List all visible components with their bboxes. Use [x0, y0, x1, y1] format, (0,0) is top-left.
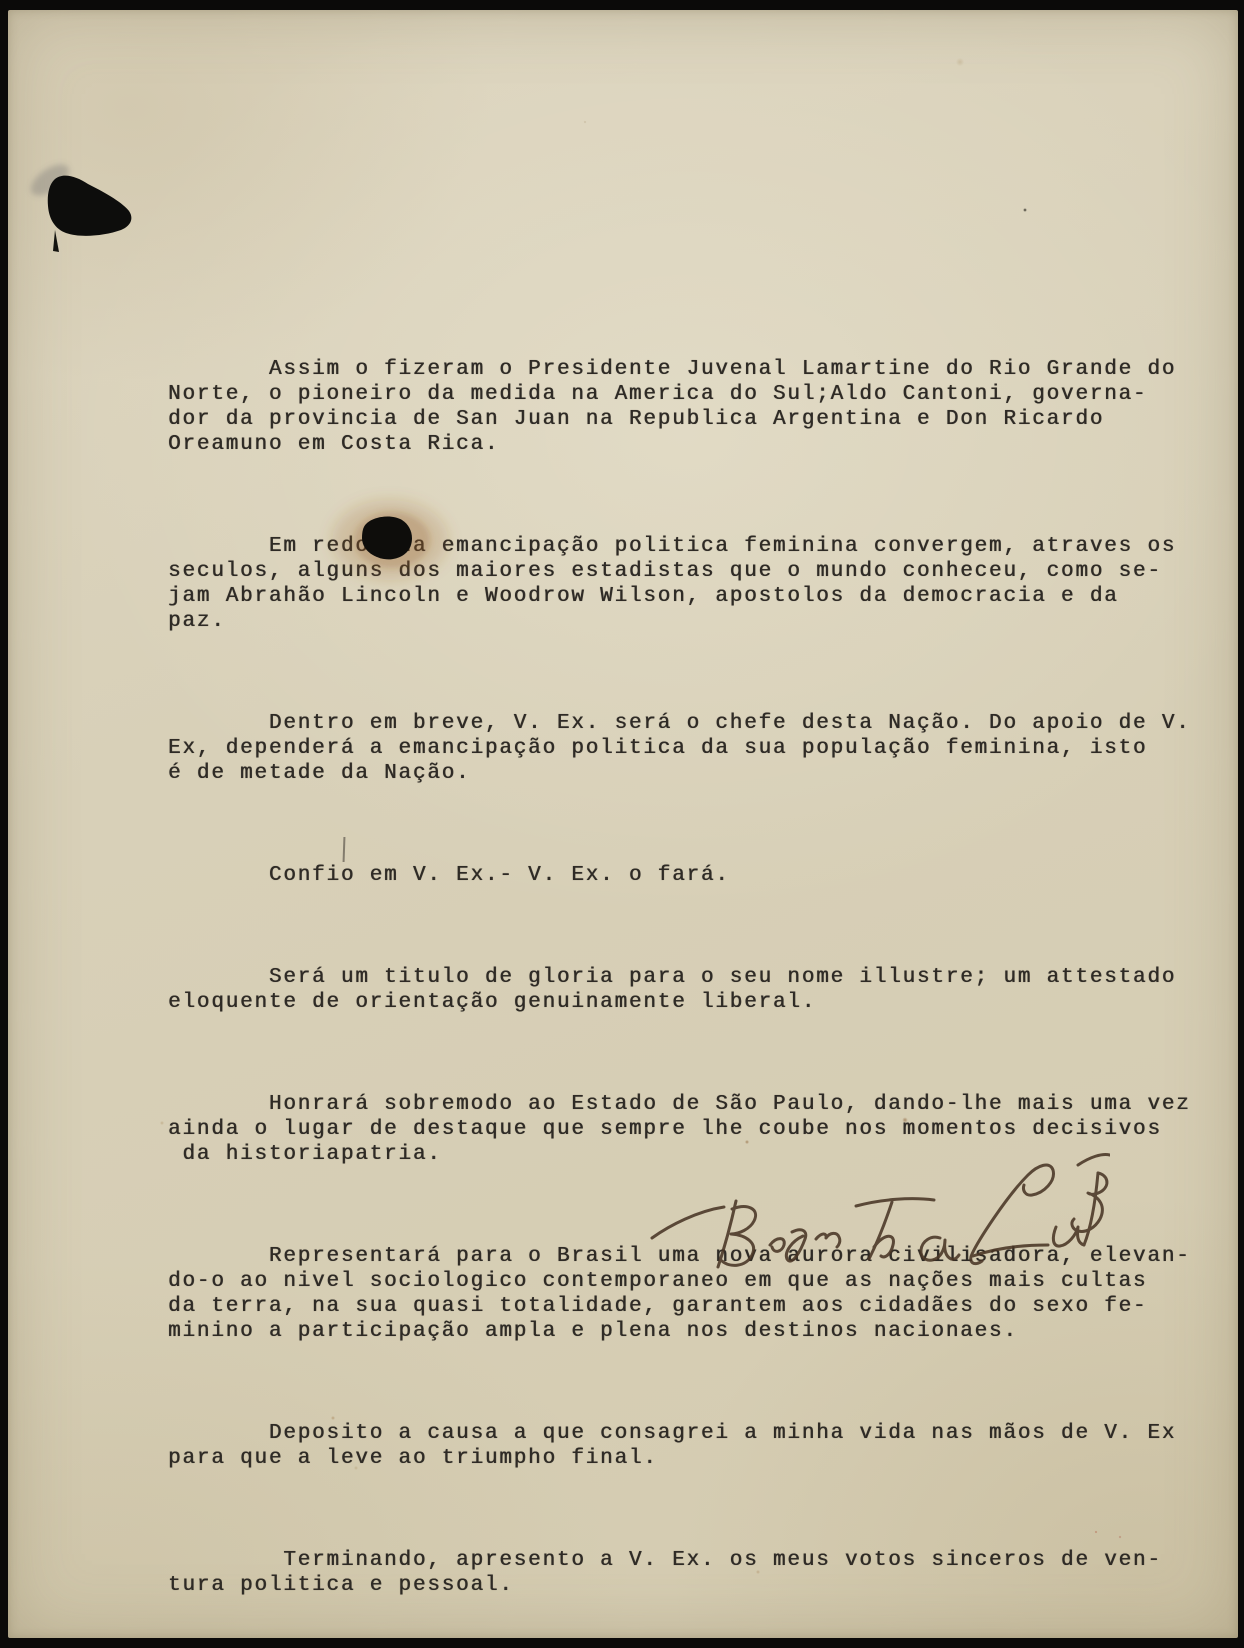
paragraph: Assim o fizeram o Presidente Juvenal Lam… [168, 357, 1228, 457]
paragraph: Terminando, apresento a V. Ex. os meus v… [168, 1548, 1228, 1598]
paragraph: Em redor da emancipação politica feminin… [168, 534, 1228, 634]
paragraph: Dentro em breve, V. Ex. será o chefe des… [168, 711, 1228, 786]
letter-body: Assim o fizeram o Presidente Juvenal Lam… [168, 307, 1228, 1648]
paragraph: Deposito a causa a que consagrei a minha… [168, 1421, 1228, 1471]
paragraph: Honrará sobremodo ao Estado de São Paulo… [168, 1092, 1228, 1167]
paragraph: Será um titulo de gloria para o seu nome… [168, 965, 1228, 1015]
paragraph: Confio em V. Ex.- V. Ex. o fará. [168, 863, 1228, 888]
paragraph: Representará para o Brasil uma nova auro… [168, 1244, 1228, 1344]
